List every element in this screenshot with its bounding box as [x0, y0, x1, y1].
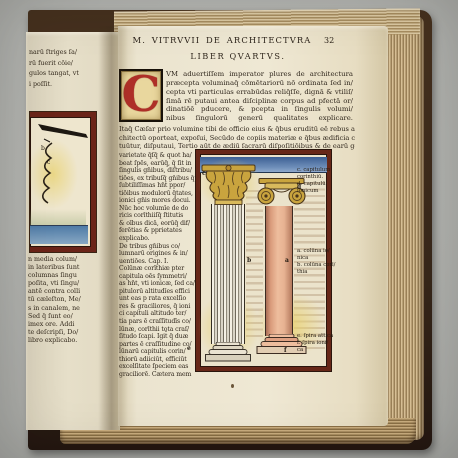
text-line: graciliorē. Cætera mem: [119, 371, 198, 379]
running-title: M. VITRVVII DE ARCHITECTVRA: [122, 35, 322, 45]
page-edges-right: [386, 16, 424, 440]
text-line: ſimā rē putaui antea diſciplinæ corpus a…: [166, 97, 353, 106]
left-page-text-fragment-top: narū ſtriges ſa/rū fuerit cōie/gulos tan…: [29, 48, 109, 90]
text-line: corinthiū.: [297, 174, 347, 181]
gutter-shadow: [98, 26, 128, 430]
text-line: c. capitulum: [297, 167, 347, 174]
page-number: 32: [324, 36, 334, 45]
attic-base-icon: [204, 342, 252, 362]
figure-legend-columns: a. colūna io/nicab. colūna corī/thia: [297, 248, 347, 276]
figure-legend-capitals: c. capitulumcorinthiū.d. capitulūionicum: [297, 167, 347, 195]
volute-curve-icon: [30, 141, 60, 211]
text-line: gulos tangat, vt: [29, 69, 109, 80]
text-line: tia pars ē craſſitudīs co/: [119, 318, 198, 326]
corinthian-column-shaft: [211, 204, 245, 344]
text-line: excelſitate ſpeciem eas: [119, 363, 198, 371]
text-line: b. colūna corī/: [297, 262, 347, 269]
text-line: & oībus dicā, eorūq̄ dif/: [119, 220, 198, 228]
text-line: ricis corīthiiſq̄ ſtitutis: [119, 212, 198, 220]
photo-of-open-book: narū ſtriges ſa/rū fuerit cōie/gulos tan…: [0, 0, 458, 458]
text-line: ionicum: [297, 188, 347, 195]
text-line: e. ſpira attica: [297, 333, 347, 340]
text-line: narū ſtriges ſa/: [29, 48, 109, 59]
figure-legend-bases: e. ſpira atticaf. ſpira ioni/ca: [297, 333, 347, 354]
diagram-letter-b: b: [41, 145, 45, 152]
text-line: lūnæ, corīthii tota craſ/: [119, 326, 198, 334]
diagram-letter-c: c: [47, 159, 50, 166]
text-line: ſitudo ſcapi. Igit̄ q̄ duæ: [119, 333, 198, 341]
text-line: thiorū adiiciūt, efficiūt: [119, 356, 198, 364]
figure-letter-a: a: [285, 257, 289, 264]
text-line: d. capitulū: [297, 181, 347, 188]
text-line: as hn̄t, vti ionicæ, ſed ca/: [119, 280, 198, 288]
text-line: ferētias & pprietates: [119, 227, 198, 235]
text-line: præcepta voluminaq̄ cōmētariorū nō ordin…: [166, 79, 353, 88]
text-line: i poſſit.: [29, 80, 109, 91]
text-line: Nūc hoc volumīe de do: [119, 205, 198, 213]
figure-letter-b: b: [247, 257, 251, 264]
text-line: nibus ſingulorū generū qualitates explic…: [166, 114, 353, 123]
text-line: tiōibus modulorū q̄tates,: [119, 190, 198, 198]
figure-letter-e: e: [187, 345, 191, 352]
right-page: M. VITRVVII DE ARCHITECTVRA 32 LIBER QVA…: [118, 26, 388, 426]
text-line: capitula oēs ſymmetri/: [119, 273, 198, 281]
text-line: VM aduertiſſem imperator plures de archi…: [166, 70, 353, 79]
text-line: dinatiōē pducere, & pcepta in ſingulis v…: [166, 105, 353, 114]
text-line: uentiōes. Cap. I.: [119, 258, 198, 266]
text-line: f. ſpira ioni/: [297, 340, 347, 347]
text-line: beat ſpēs, earūq̄, q̄ ſit in: [119, 160, 198, 168]
corinthian-capital-icon: [201, 163, 256, 206]
book-title: LIBER QVARTVS.: [138, 51, 338, 61]
text-line: Colūnæ corīthiæ pter: [119, 265, 198, 273]
text-line: ſubtiliſſimas hn̄t ppor/: [119, 182, 198, 190]
text-line: rū fuerit cōie/: [29, 59, 109, 70]
text-line: pitulorū altitudīes effici: [119, 288, 198, 296]
text-line: unt eas p rata excelſio: [119, 295, 198, 303]
left-woodcut-water-band: [30, 225, 88, 244]
text-line: thia: [297, 269, 347, 276]
text-line: chitectū oporteat, expoſui, Secūdo de co…: [119, 134, 355, 143]
text-line: ca: [297, 347, 347, 354]
ink-speck: [231, 384, 234, 388]
left-page-woodcut-fragment: b c: [30, 112, 96, 252]
text-line: varietate q̄ſq̄ & quot ha/: [119, 152, 198, 160]
text-line: explicabo.: [119, 235, 198, 243]
text-line: a. colūna io/: [297, 248, 347, 255]
text-line: lumnarū origines & in/: [119, 250, 198, 258]
full-width-paragraph: Itaq̄ Cæſar prio volumine tibi de offici…: [119, 125, 355, 151]
preface-paragraph: VM aduertiſſem imperator plures de archi…: [166, 70, 353, 123]
text-line: ſingulis gn̄ibus, diſtribu/: [119, 167, 198, 175]
text-line: cepta vti particulas errabūdas reliq̄ſſe…: [166, 88, 353, 97]
figure-letter-c: c: [202, 170, 206, 177]
figure-letter-f: f: [284, 347, 287, 354]
text-line: De tribus gn̄ibus co/: [119, 243, 198, 251]
text-line: ci capituli altitudo ter/: [119, 310, 198, 318]
ionic-column-shaft: [265, 206, 293, 336]
text-line: res & graciliores, q̄ ioni: [119, 303, 198, 311]
text-line: tiōes, ex tribuſq̄ gn̄ibus q̄: [119, 175, 198, 183]
text-line: Itaq̄ Cæſar prio volumine tibi de offici…: [119, 125, 355, 134]
text-line: nica: [297, 255, 347, 262]
text-line: ionici gn̄is mores docui.: [119, 197, 198, 205]
